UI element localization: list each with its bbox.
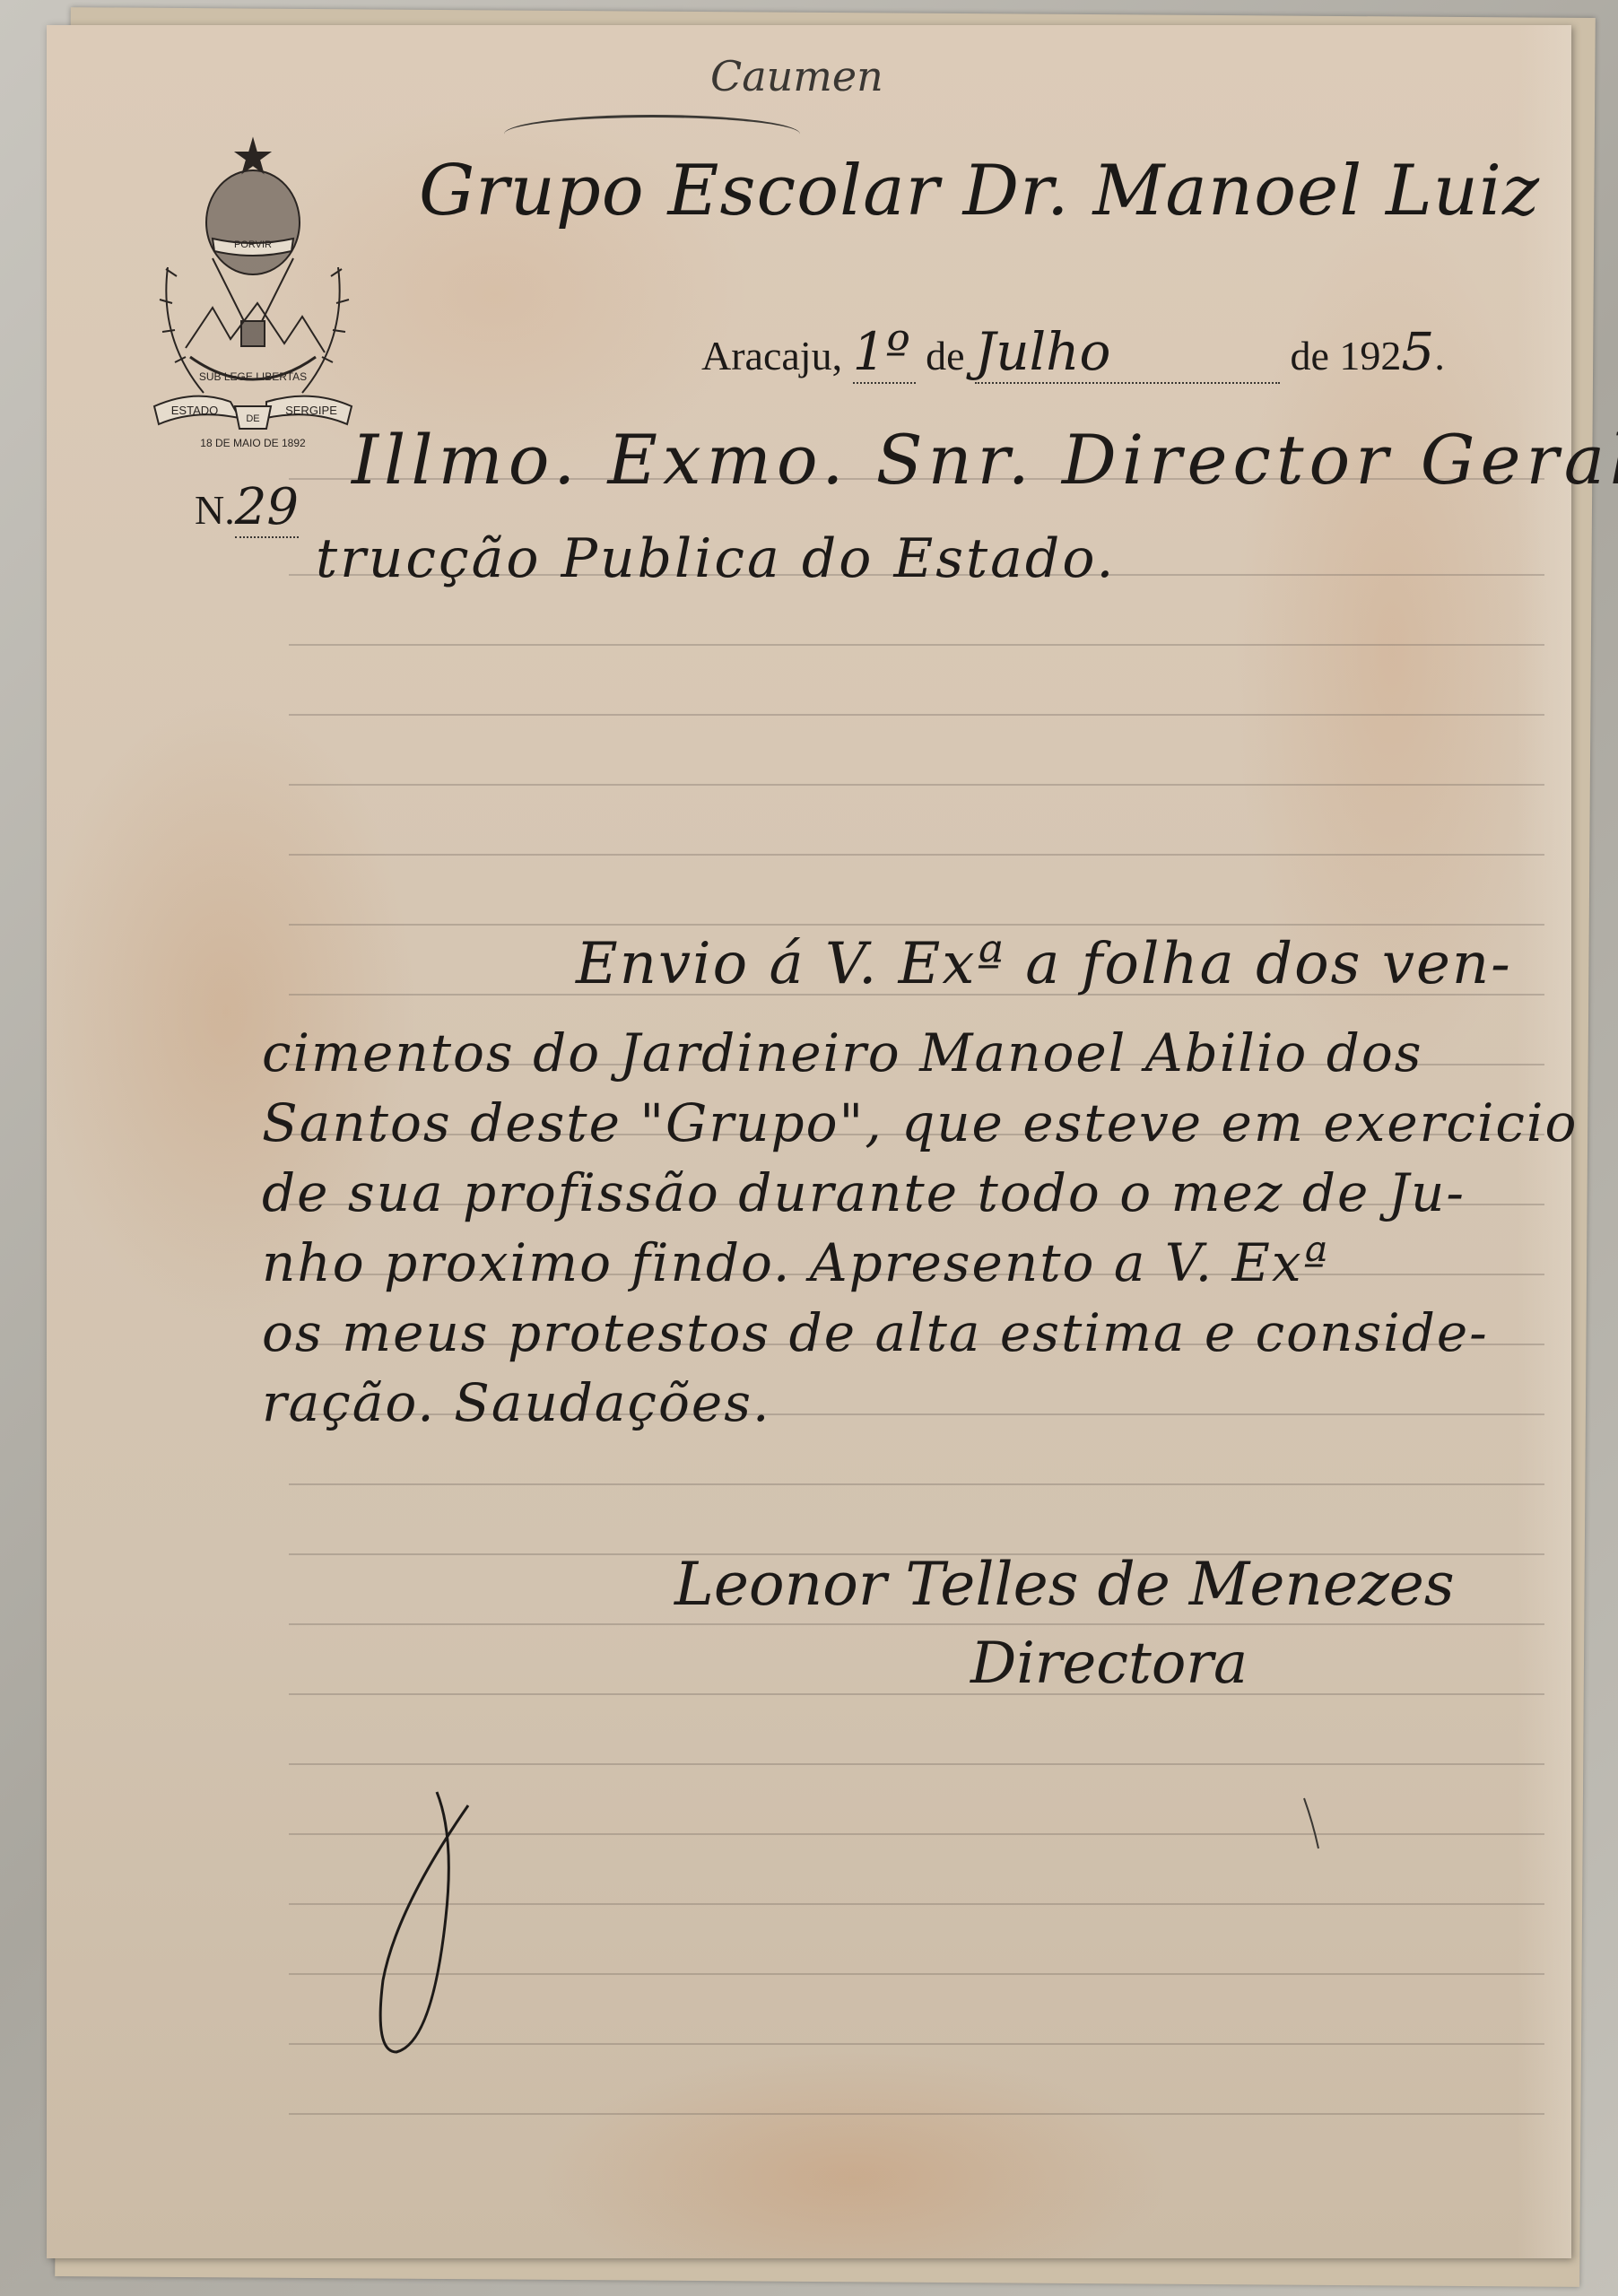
letter-page: Caumen PORVIR SUB LEGE LIBERTAS ESTADO D… xyxy=(47,25,1571,2258)
ruled-line xyxy=(289,644,1544,646)
ruled-line xyxy=(289,1833,1544,1835)
place-date-line: Aracaju, 1º de Julho de 1925. xyxy=(701,321,1445,384)
pencil-tick-icon xyxy=(1302,1796,1320,1850)
date-period: . xyxy=(1434,333,1445,378)
body-line: os meus protestos de alta estima e consi… xyxy=(262,1302,1489,1363)
body-line: ração. Saudações. xyxy=(262,1372,770,1433)
signature-name: Leonor Telles de Menezes xyxy=(674,1550,1455,1619)
pencil-annotation: Caumen xyxy=(710,52,883,100)
addressee-line-1: Illmo. Exmo. Snr. Director Geral da Ins- xyxy=(352,420,1618,500)
body-line: Envio á V. Exª a folha dos ven- xyxy=(576,931,1512,997)
margin-j-mark-icon xyxy=(370,1783,477,2070)
addressee-line-2: trucção Publica do Estado. xyxy=(316,527,1116,590)
body-line: Santos deste "Grupo", que esteve em exer… xyxy=(262,1092,1578,1153)
ruled-line xyxy=(289,1693,1544,1695)
document-number: N.29 xyxy=(195,478,299,538)
ruled-line xyxy=(289,2043,1544,2045)
svg-text:PORVIR: PORVIR xyxy=(234,239,272,250)
body-line: cimentos do Jardineiro Manoel Abilio dos xyxy=(262,1022,1423,1083)
ruled-line xyxy=(289,1483,1544,1485)
signature-title: Directora xyxy=(970,1631,1248,1697)
ruled-line xyxy=(289,2113,1544,2115)
svg-text:18 DE MAIO DE 1892: 18 DE MAIO DE 1892 xyxy=(200,437,306,449)
ruled-line xyxy=(289,1623,1544,1625)
date-de: de xyxy=(926,333,964,378)
date-de: de xyxy=(1291,333,1329,378)
date-year-printed: 192 xyxy=(1339,333,1401,378)
body-line: de sua profissão durante todo o mez de J… xyxy=(262,1162,1466,1223)
svg-text:DE: DE xyxy=(246,413,259,424)
ruled-line xyxy=(289,1763,1544,1765)
ruled-line xyxy=(289,784,1544,786)
svg-text:SUB LEGE LIBERTAS: SUB LEGE LIBERTAS xyxy=(199,370,307,383)
svg-text:SERGIPE: SERGIPE xyxy=(285,404,337,417)
date-month: Julho xyxy=(975,321,1280,384)
ruled-line xyxy=(289,854,1544,856)
ruled-line xyxy=(289,714,1544,716)
date-day: 1º xyxy=(853,321,916,384)
ruled-line xyxy=(289,924,1544,926)
body-line: nho proximo findo. Apresento a V. Exª xyxy=(262,1232,1329,1293)
date-year-handwritten: 5 xyxy=(1401,321,1434,382)
svg-text:ESTADO: ESTADO xyxy=(171,404,219,417)
city: Aracaju, xyxy=(701,333,842,378)
number-value: 29 xyxy=(235,478,299,538)
ruled-line xyxy=(289,1973,1544,1975)
ruled-line xyxy=(289,1903,1544,1905)
letterhead-title: Grupo Escolar Dr. Manoel Luiz xyxy=(419,151,1540,231)
sergipe-coat-of-arms-icon: PORVIR SUB LEGE LIBERTAS ESTADO DE SERGI… xyxy=(132,133,374,456)
pencil-swash xyxy=(504,115,800,153)
number-prefix: N. xyxy=(195,487,235,533)
